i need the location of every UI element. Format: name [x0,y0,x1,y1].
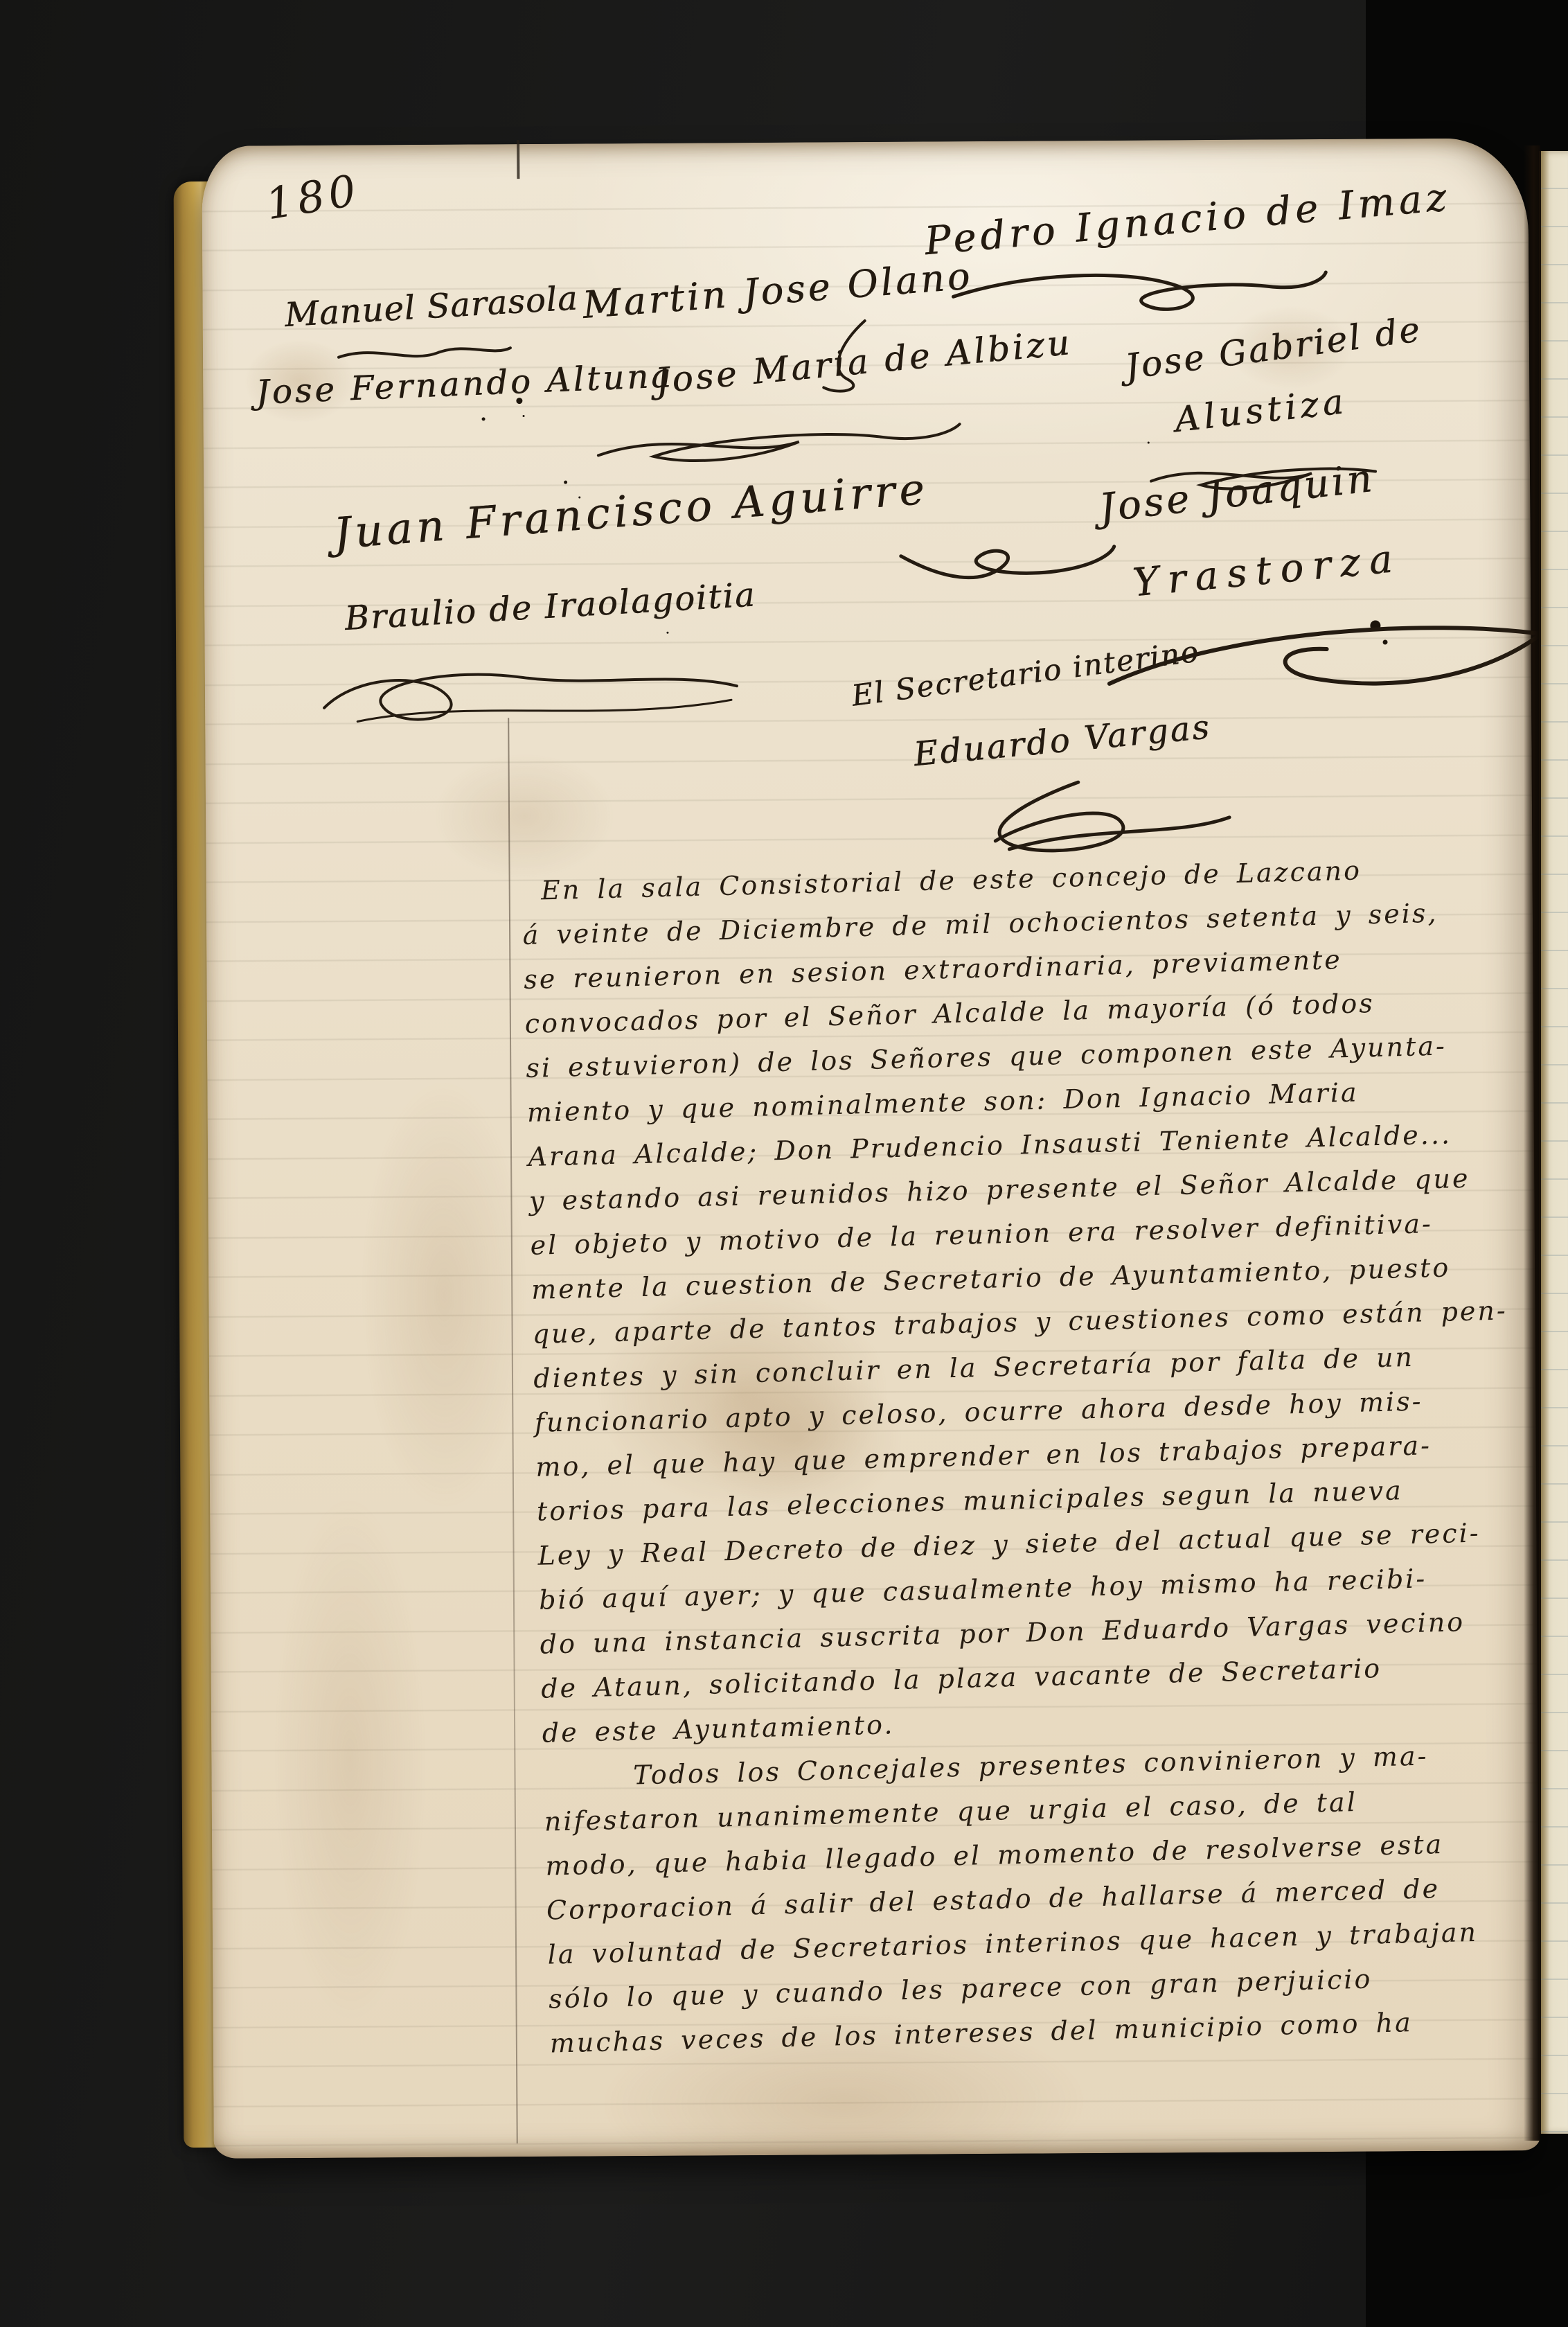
signature-jose-joaquin-yrastorza: Jose Joaquin [1097,456,1377,531]
signature-braulio-de-iraolagoitia: Braulio de Iraolagoitia [344,575,757,638]
signature-flourish [591,413,965,470]
body-line: mente la cuestion de Secretario de Ayunt… [531,1252,1451,1304]
margin-line-tick [517,140,519,179]
body-line: de este Ayuntamiento. [542,1709,895,1748]
signature-flourish [912,776,1238,861]
body-line: que, aparte de tantos trabajos y cuestio… [532,1295,1508,1349]
body-line: sólo lo que y cuando les parece con gran… [549,1964,1373,2015]
body-line: el objeto y motivo de la reunion era res… [530,1208,1433,1261]
book-gutter-shadow [1524,145,1540,2141]
signature-manuel-sarasola: Manuel Sarasola [283,279,579,335]
secretary-title: El Secretario interino [850,634,1202,712]
signature-flourish [316,655,746,734]
signature-jose-maria-de-albizu: Jose Maria de Albizu [654,322,1074,401]
body-line: miento y que nominalmente son: Don Ignac… [526,1077,1359,1128]
signature-flourish [897,529,1119,592]
margin-rule-line [508,718,518,2143]
manuscript-page: 180 Pedro Ignacio de Imaz Manuel Sarasol… [202,138,1540,2159]
body-line: Arana Alcalde; Don Prudencio Insausti Te… [528,1119,1452,1172]
body-line: torios para las elecciones municipales s… [536,1475,1403,1527]
manuscript-scan: 180 Pedro Ignacio de Imaz Manuel Sarasol… [0,0,1568,2327]
body-line: bió aquí ayer; y que casualmente hoy mis… [539,1563,1427,1615]
signature-jose-gabriel-de-alustiza: Jose Gabriel de [1123,309,1424,387]
body-line: En la sala Consistorial de este concejo … [541,855,1362,905]
body-line: muchas veces de los intereses del munici… [549,2007,1413,2058]
body-line: á veinte de Diciembre de mil ochocientos… [522,898,1438,950]
body-line: y estando asi reunidos hizo presente el … [529,1163,1470,1216]
body-line: mo, el que hay que emprender en los trab… [535,1430,1432,1483]
acta-body: En la sala Consistorial de este concejo … [522,851,1547,876]
body-line: dientes y sin concluir en la Secretaría … [533,1342,1415,1394]
signature-juan-francisco-aguirre: Juan Francisco Aguirre [332,463,930,559]
signature-jose-gabriel-de-alustiza-line2: Alustiza [1173,381,1349,440]
body-line: Corporacion á salir del estado de hallar… [546,1873,1441,1926]
body-line: de Ataun, solicitando la plaza vacante d… [541,1653,1382,1704]
body-line: nifestaron unanimemente que urgia el cas… [544,1787,1357,1837]
signature-martin-jose-olano: Martin Jose Olano [581,254,974,327]
body-line: Ley y Real Decreto de diez y siete del a… [537,1518,1481,1571]
body-line: funcionario apto y celoso, ocurre ahora … [534,1386,1423,1438]
body-line: si estuvieron) de los Señores que compon… [526,1031,1447,1083]
body-line: do una instancia suscrita por Don Eduard… [540,1607,1465,1660]
signature-jose-joaquin-yrastorza-line2: Yrastorza [1131,536,1403,606]
body-line: se reunieron en sesion extraordinaria, p… [524,944,1343,995]
adjacent-page-edge [1539,151,1568,2134]
body-line: convocados por el Señor Alcalde la mayor… [524,988,1375,1039]
body-line: la voluntad de Secretarios interinos que… [547,1917,1478,1970]
signature-jose-fernando-altuna: Jose Fernando Altuna [255,356,674,412]
signature-pedro-ignacio-de-imaz: Pedro Ignacio de Imaz [923,175,1452,264]
body-line: Todos los Concejales presentes convinier… [633,1740,1429,1790]
adjacent-page-ruled-lines [1541,151,1568,2134]
secretary-signature-eduardo-vargas: Eduardo Vargas [912,707,1213,774]
body-line: modo, que habia llegado el momento de re… [545,1829,1444,1882]
folio-number: 180 [262,164,364,229]
signature-flourish [943,258,1332,323]
